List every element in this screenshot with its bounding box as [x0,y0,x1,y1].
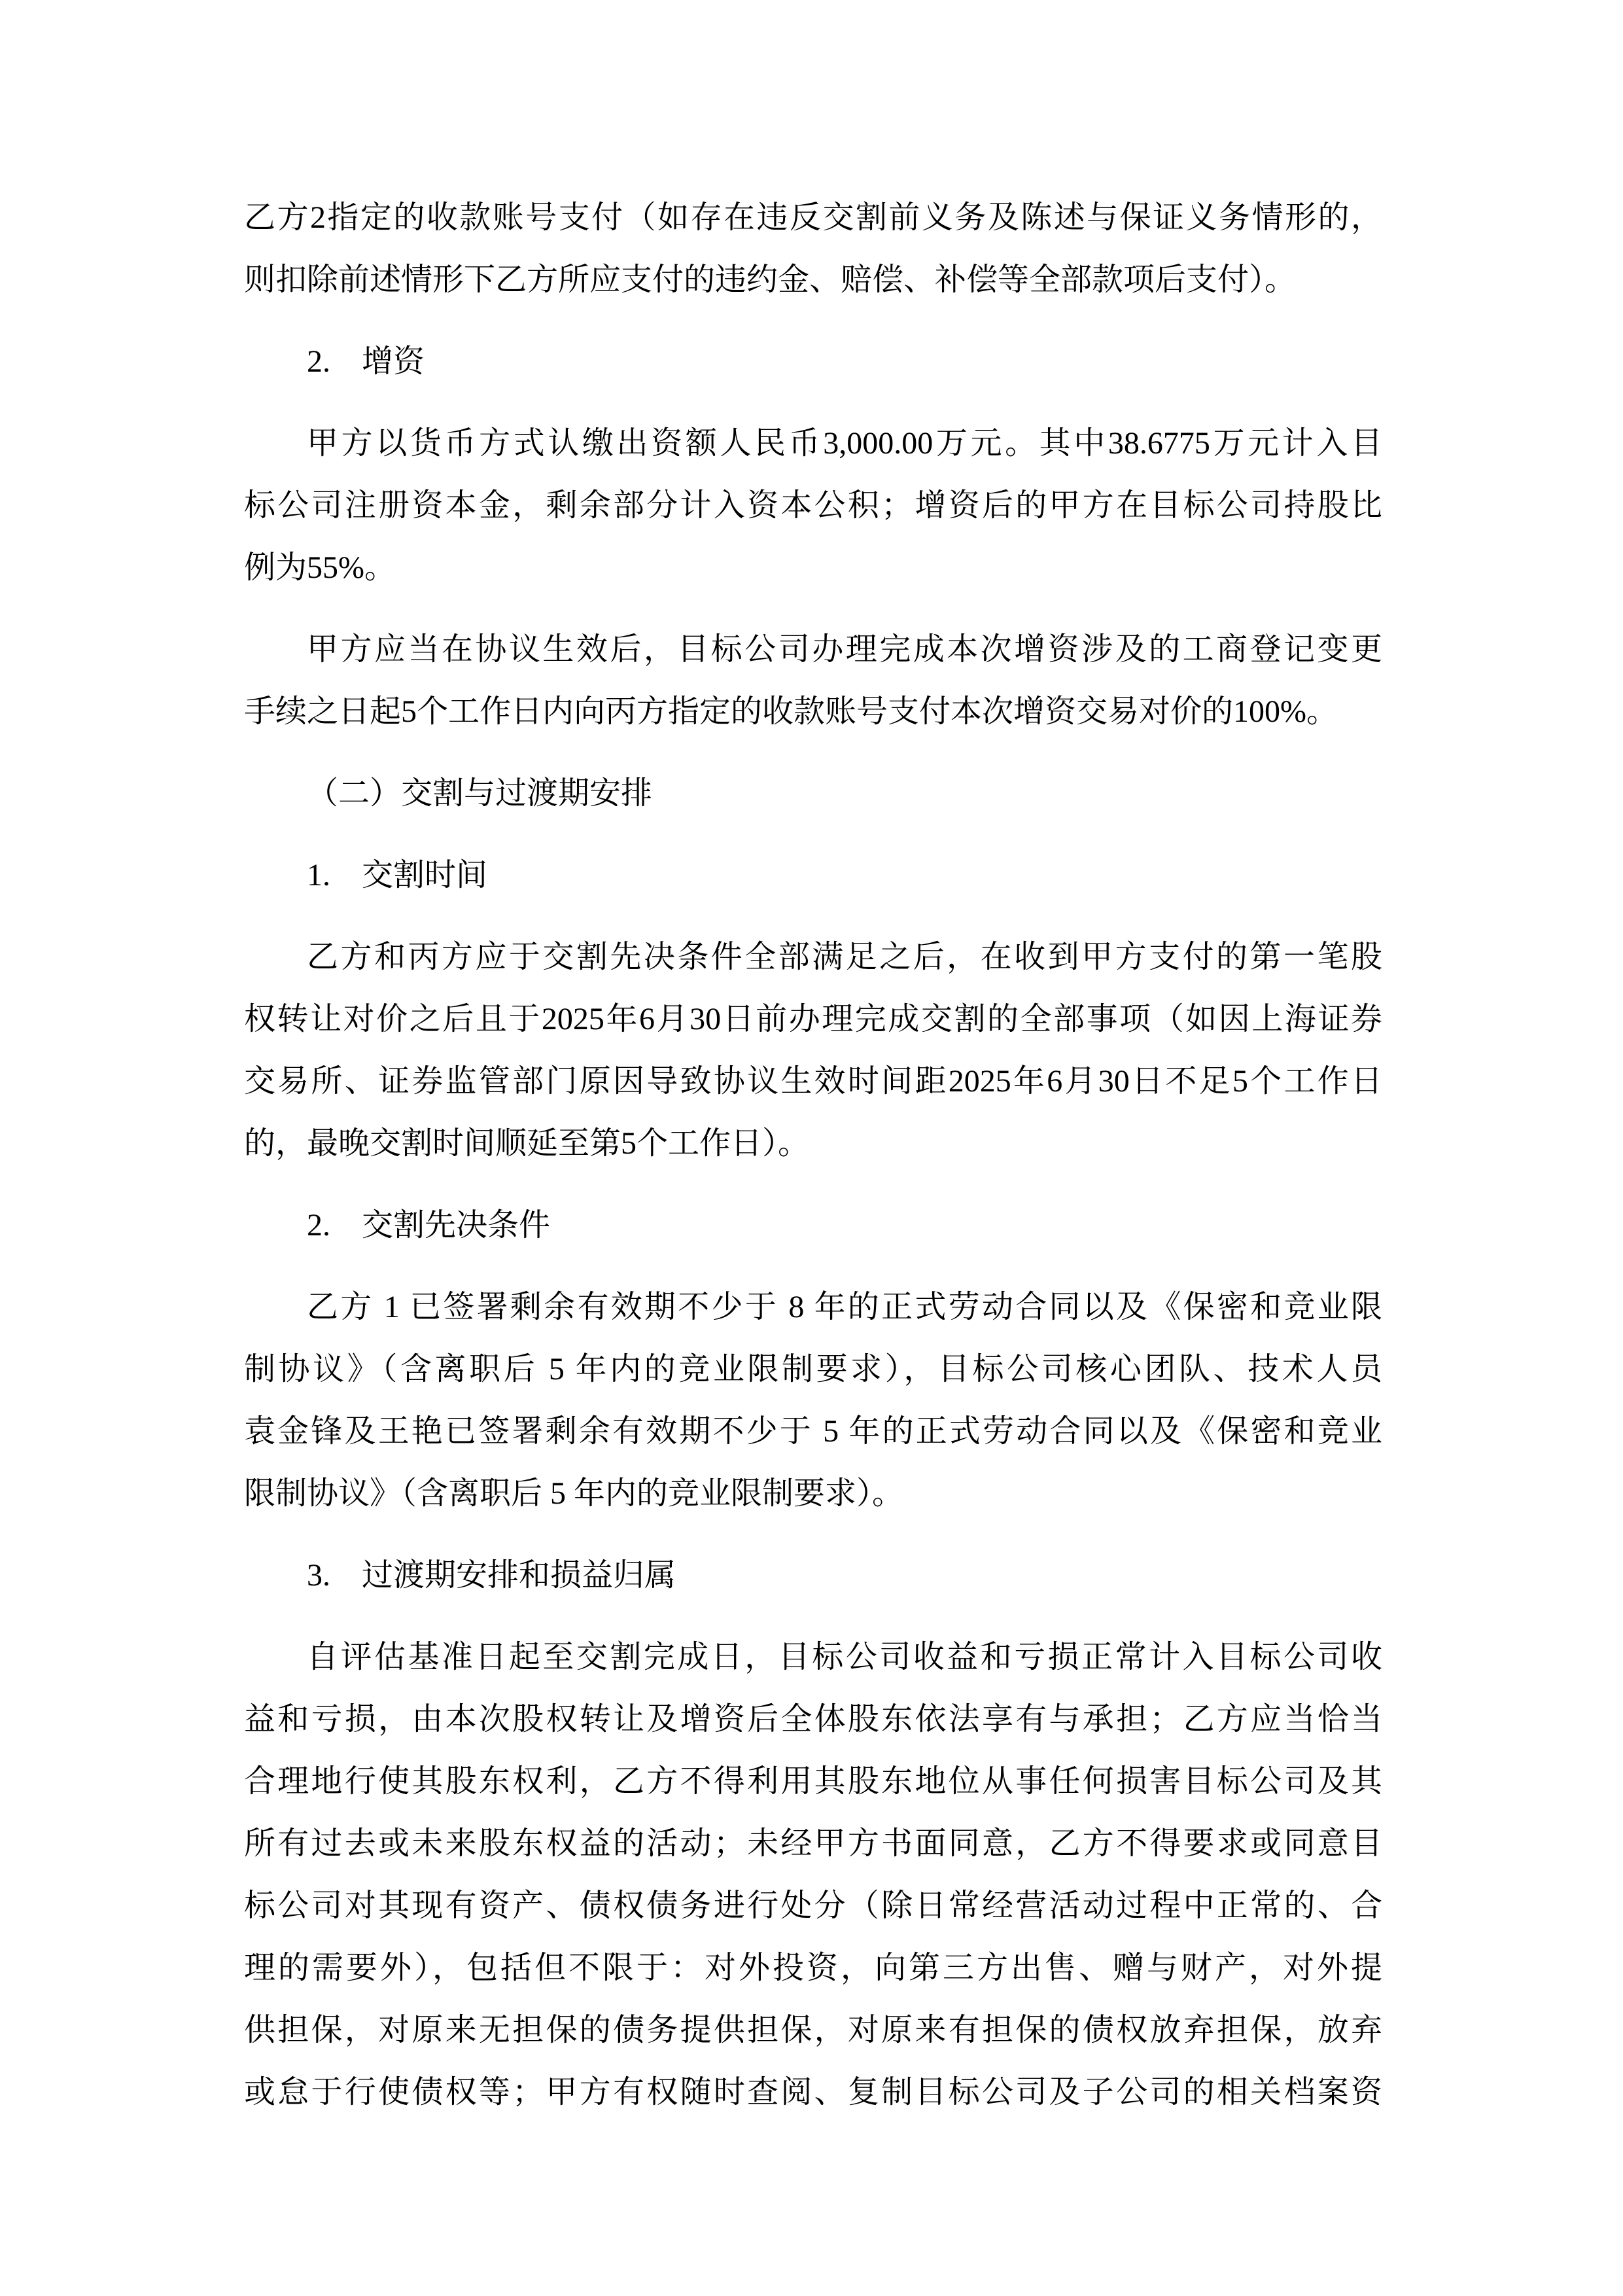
text-line: 乙方和丙方应于交割先决条件全部满足之后，在收到甲方支付的第一笔股 [244,926,1382,988]
text-line: 交易所、证券监管部门原因导致协议生效时间距2025年6月30日不足5个工作日 [244,1050,1382,1112]
heading: （二）交割与过渡期安排 [244,762,1382,824]
text-line: 甲方应当在协议生效后，目标公司办理完成本次增资涉及的工商登记变更 [244,618,1382,680]
text-line: 手续之日起5个工作日内向丙方指定的收款账号支付本次增资交易对价的100%。 [244,680,1382,743]
text-line: 2. 交割先决条件 [244,1194,1382,1256]
text-line: 例为55%。 [244,537,1382,599]
document-page: 乙方2指定的收款账号支付（如存在违反交割前义务及陈述与保证义务情形的，则扣除前述… [0,0,1623,2296]
text-line: （二）交割与过渡期安排 [244,762,1382,824]
text-line: 甲方以货币方式认缴出资额人民币3,000.00万元。其中38.6775万元计入目 [244,412,1382,474]
text-line: 或怠于行使债权等；甲方有权随时查阅、复制目标公司及子公司的相关档案资 [244,2061,1382,2123]
heading: 1. 交割时间 [244,844,1382,906]
document-body: 乙方2指定的收款账号支付（如存在违反交割前义务及陈述与保证义务情形的，则扣除前述… [244,186,1382,2143]
text-line: 则扣除前述情形下乙方所应支付的违约金、赔偿、补偿等全部款项后支付）。 [244,249,1382,311]
text-line: 权转让对价之后且于2025年6月30日前办理完成交割的全部事项（如因上海证券 [244,988,1382,1050]
text-line: 袁金锋及王艳已签署剩余有效期不少于 5 年的正式劳动合同以及《保密和竞业 [244,1400,1382,1462]
text-line: 自评估基准日起至交割完成日，目标公司收益和亏损正常计入目标公司收 [244,1626,1382,1688]
text-line: 2. 增资 [244,330,1382,393]
text-line: 制协议》（含离职后 5 年内的竞业限制要求），目标公司核心团队、技术人员 [244,1338,1382,1400]
text-line: 标公司注册资本金，剩余部分计入资本公积；增资后的甲方在目标公司持股比 [244,474,1382,537]
text-line: 乙方 1 已签署剩余有效期不少于 8 年的正式劳动合同以及《保密和竞业限 [244,1276,1382,1338]
text-line: 的，最晚交割时间顺延至第5个工作日）。 [244,1112,1382,1174]
text-line: 1. 交割时间 [244,844,1382,906]
paragraph: 乙方 1 已签署剩余有效期不少于 8 年的正式劳动合同以及《保密和竞业限制协议》… [244,1276,1382,1525]
text-line: 理的需要外），包括但不限于：对外投资，向第三方出售、赠与财产，对外提 [244,1937,1382,1999]
text-line: 限制协议》（含离职后 5 年内的竞业限制要求）。 [244,1462,1382,1525]
text-line: 供担保，对原来无担保的债务提供担保，对原来有担保的债权放弃担保，放弃 [244,1999,1382,2061]
text-line: 合理地行使其股东权利，乙方不得利用其股东地位从事任何损害目标公司及其 [244,1750,1382,1812]
text-line: 乙方2指定的收款账号支付（如存在违反交割前义务及陈述与保证义务情形的， [244,186,1382,249]
text-line: 标公司对其现有资产、债权债务进行处分（除日常经营活动过程中正常的、合 [244,1875,1382,1937]
heading: 2. 交割先决条件 [244,1194,1382,1256]
heading: 3. 过渡期安排和损益归属 [244,1544,1382,1606]
paragraph: 甲方以货币方式认缴出资额人民币3,000.00万元。其中38.6775万元计入目… [244,412,1382,599]
paragraph: 乙方2指定的收款账号支付（如存在违反交割前义务及陈述与保证义务情形的，则扣除前述… [244,186,1382,311]
paragraph: 乙方和丙方应于交割先决条件全部满足之后，在收到甲方支付的第一笔股权转让对价之后且… [244,926,1382,1174]
paragraph: 甲方应当在协议生效后，目标公司办理完成本次增资涉及的工商登记变更手续之日起5个工… [244,618,1382,743]
text-line: 益和亏损，由本次股权转让及增资后全体股东依法享有与承担；乙方应当恰当 [244,1688,1382,1750]
heading: 2. 增资 [244,330,1382,393]
paragraph: 自评估基准日起至交割完成日，目标公司收益和亏损正常计入目标公司收益和亏损，由本次… [244,1626,1382,2123]
text-line: 3. 过渡期安排和损益归属 [244,1544,1382,1606]
text-line: 所有过去或未来股东权益的活动；未经甲方书面同意，乙方不得要求或同意目 [244,1812,1382,1875]
